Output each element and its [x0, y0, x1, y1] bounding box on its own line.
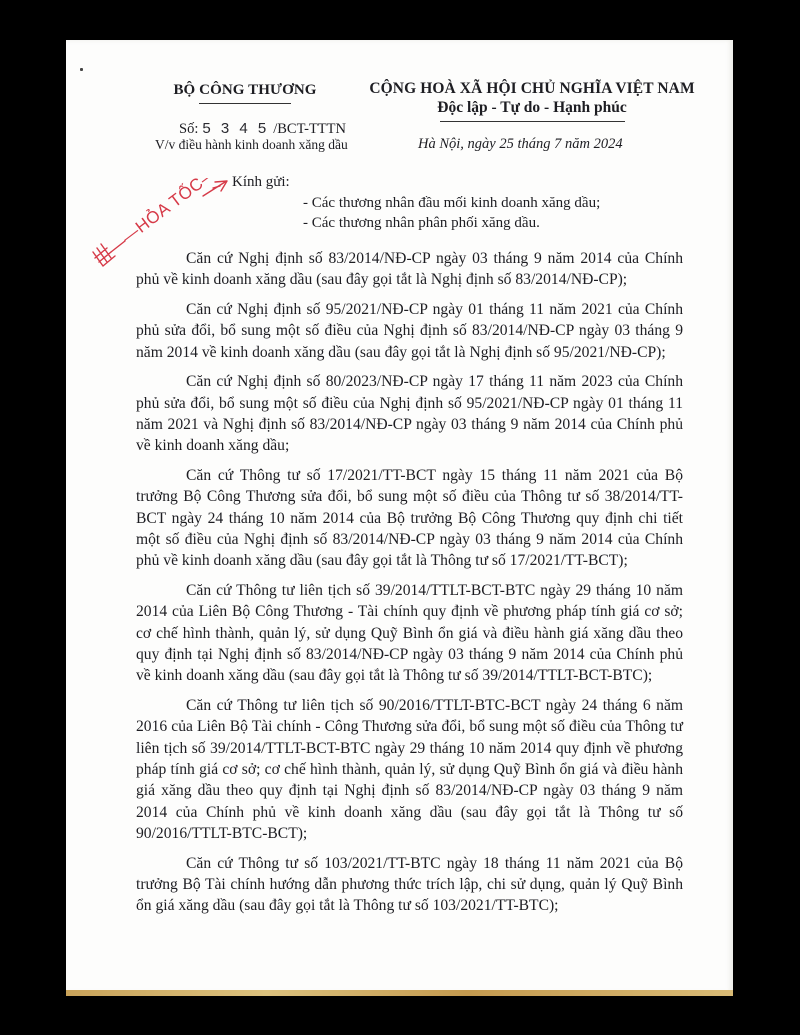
doc-number-prefix: Số: — [179, 121, 198, 137]
agency-underline — [199, 103, 291, 104]
recipient-list: - Các thương nhân đầu mối kinh doanh xăn… — [303, 193, 600, 233]
document-body: Căn cứ Nghị định số 83/2014/NĐ-CP ngày 0… — [136, 248, 683, 925]
legal-basis-paragraph: Căn cứ Nghị định số 95/2021/NĐ-CP ngày 0… — [136, 299, 683, 363]
document-subject: V/v điều hành kinh doanh xăng dầu — [155, 137, 348, 153]
recipient-item: - Các thương nhân phân phối xăng dầu. — [303, 213, 600, 233]
recipient-item: - Các thương nhân đầu mối kinh doanh xăn… — [303, 193, 600, 213]
motto-underline — [440, 121, 625, 122]
legal-basis-paragraph: Căn cứ Thông tư số 17/2021/TT-BCT ngày 1… — [136, 465, 683, 571]
doc-number-suffix: /BCT-TTTN — [273, 121, 346, 137]
legal-basis-paragraph: Căn cứ Nghị định số 80/2023/NĐ-CP ngày 1… — [136, 371, 683, 456]
legal-basis-paragraph: Căn cứ Nghị định số 83/2014/NĐ-CP ngày 0… — [136, 248, 683, 291]
legal-basis-paragraph: Căn cứ Thông tư số 103/2021/TT-BTC ngày … — [136, 853, 683, 917]
desk-edge — [66, 990, 733, 996]
place-and-date: Hà Nội, ngày 25 tháng 7 năm 2024 — [418, 136, 623, 153]
doc-number-value: 5 3 4 5 — [202, 120, 269, 137]
urgent-stamp-text: —HỎA TỐC— — [117, 178, 221, 247]
document-number: Số:5 3 4 5/BCT-TTTN — [179, 120, 346, 138]
issuing-agency: BỘ CÔNG THƯƠNG — [100, 82, 390, 99]
legal-basis-paragraph: Căn cứ Thông tư liên tịch số 90/2016/TTL… — [136, 695, 683, 844]
recipient-label: Kính gửi: — [232, 174, 290, 191]
national-motto: Độc lập - Tự do - Hạnh phúc — [352, 99, 712, 117]
legal-basis-paragraph: Căn cứ Thông tư liên tịch số 39/2014/TTL… — [136, 580, 683, 686]
issuing-agency-block: BỘ CÔNG THƯƠNG — [100, 82, 390, 104]
national-title: CỘNG HOÀ XÃ HỘI CHỦ NGHĨA VIỆT NAM — [352, 80, 712, 98]
national-heading: CỘNG HOÀ XÃ HỘI CHỦ NGHĨA VIỆT NAM Độc l… — [352, 80, 712, 122]
paper-speck — [80, 68, 83, 71]
